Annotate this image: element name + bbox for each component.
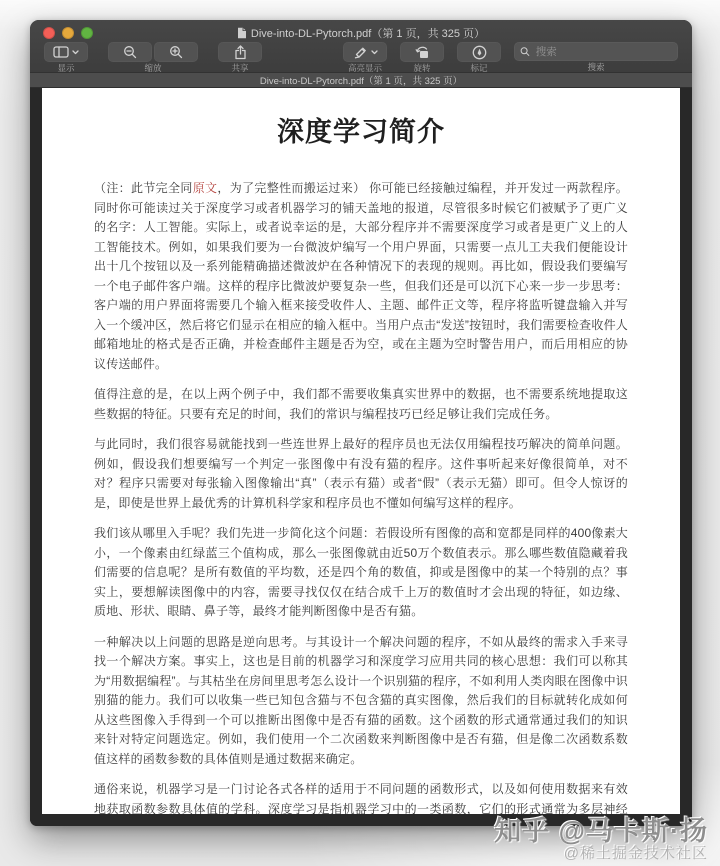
display-label: 显示 <box>57 64 74 73</box>
rotate-icon <box>415 45 430 59</box>
markup-icon <box>472 45 487 60</box>
highlight-button[interactable] <box>343 42 387 62</box>
search-icon <box>520 46 530 57</box>
share-icon <box>234 45 247 60</box>
zoom-out-icon <box>123 45 137 59</box>
tool-display: 显示 <box>44 42 88 73</box>
search-field[interactable] <box>514 42 678 61</box>
window-title-text: Dive-into-DL-Pytorch.pdf（第 1 页，共 325 页） <box>251 28 485 40</box>
display-button[interactable] <box>44 42 88 62</box>
zoom-out-button[interactable] <box>108 42 152 62</box>
sidebar-icon <box>53 46 69 58</box>
share-button[interactable] <box>218 42 262 62</box>
tab-title: Dive-into-DL-Pytorch.pdf（第 1 页，共 325 页） <box>260 73 462 87</box>
screenshot-stage: Dive-into-DL-Pytorch.pdf（第 1 页，共 325 页） … <box>0 0 720 866</box>
pdf-tab-bar[interactable]: Dive-into-DL-Pytorch.pdf（第 1 页，共 325 页） <box>30 73 692 88</box>
paragraph-4: 我们该从哪里入手呢？我们先进一步简化这个问题：若假设所有图像的高和宽都是同样的4… <box>94 524 628 622</box>
tool-rotate: 旋转 <box>400 42 444 73</box>
paragraph-6: 通俗来说，机器学习是一门讨论各式各样的适用于不同问题的函数形式，以及如何使用数据… <box>94 780 628 814</box>
paragraph-5: 一种解决以上问题的思路是逆向思考。与其设计一个解决问题的程序，不如从最终的需求入… <box>94 633 628 770</box>
tool-highlight: 高亮显示 <box>343 42 387 73</box>
paragraph-2: 值得注意的是，在以上两个例子中，我们都不需要收集真实世界中的数据，也不需要系统地… <box>94 385 628 424</box>
toolbar: 显示 缩放 <box>30 42 692 72</box>
markup-button[interactable] <box>457 42 501 62</box>
page-title: 深度学习简介 <box>94 110 628 149</box>
window-chrome: Dive-into-DL-Pytorch.pdf（第 1 页，共 325 页） … <box>30 20 692 73</box>
chevron-down-icon <box>72 50 79 55</box>
tool-zoom: 缩放 <box>108 42 198 73</box>
watermark-juejin: @稀土掘金技术社区 <box>494 846 708 862</box>
rotate-label: 旋转 <box>413 64 430 73</box>
pdf-page: 深度学习简介 （注：此节完全同原文，为了完整性而搬运过来） 你可能已经接触过编程… <box>42 88 680 814</box>
zoom-in-button[interactable] <box>154 42 198 62</box>
paragraph-1: （注：此节完全同原文，为了完整性而搬运过来） 你可能已经接触过编程，并开发过一两… <box>94 179 628 374</box>
share-label: 共享 <box>231 64 248 73</box>
tool-share: 共享 <box>218 42 262 73</box>
preview-window: Dive-into-DL-Pytorch.pdf（第 1 页，共 325 页） … <box>30 20 692 826</box>
pdf-viewer-area[interactable]: 深度学习简介 （注：此节完全同原文，为了完整性而搬运过来） 你可能已经接触过编程… <box>30 88 692 826</box>
zoom-label: 缩放 <box>144 64 161 73</box>
paragraph-1-suffix: ，为了完整性而搬运过来） 你可能已经接触过编程，并开发过一两款程序。同时你可能读… <box>94 181 628 371</box>
chevron-down-icon <box>371 50 378 55</box>
original-text-link[interactable]: 原文 <box>193 181 218 195</box>
tool-markup: 标记 <box>457 42 501 73</box>
highlight-label: 高亮显示 <box>348 64 382 73</box>
rotate-button[interactable] <box>400 42 444 62</box>
search-input[interactable] <box>534 45 672 59</box>
tool-search: 搜索 <box>514 42 678 72</box>
search-label: 搜索 <box>587 63 604 72</box>
document-icon <box>237 27 247 39</box>
highlighter-icon <box>353 45 368 59</box>
titlebar: Dive-into-DL-Pytorch.pdf（第 1 页，共 325 页） <box>30 20 692 42</box>
window-title: Dive-into-DL-Pytorch.pdf（第 1 页，共 325 页） <box>30 25 692 41</box>
paragraph-3: 与此同时，我们很容易就能找到一些连世界上最好的程序员也无法仅用编程技巧解决的简单… <box>94 435 628 513</box>
markup-label: 标记 <box>470 64 487 73</box>
zoom-in-icon <box>169 45 183 59</box>
paragraph-1-prefix: （注：此节完全同 <box>94 181 193 195</box>
